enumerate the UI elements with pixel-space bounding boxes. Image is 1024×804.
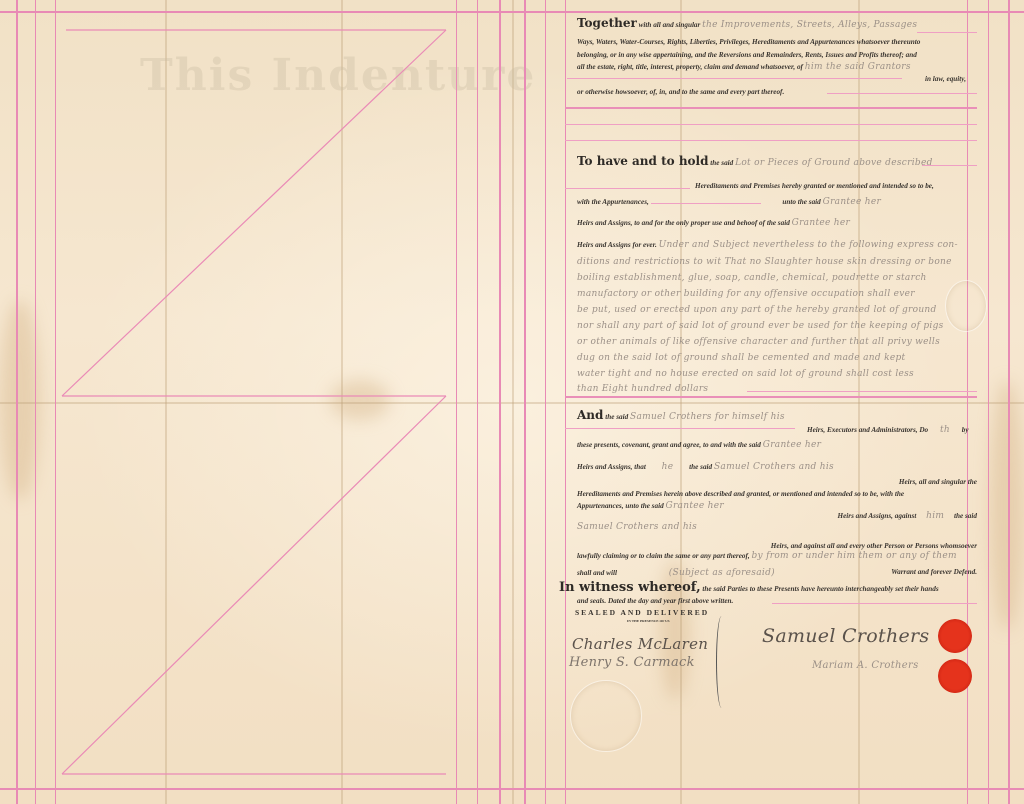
condition-line: water tight and no house erected on said…	[577, 369, 914, 379]
together-line-2: Ways, Waters, Water-Courses, Rights, Lib…	[577, 38, 920, 46]
grantor-signature: Samuel Crothers	[762, 625, 929, 647]
together-line-4: all the estate, right, title, interest, …	[577, 62, 911, 72]
fill-line	[747, 391, 977, 392]
habendum-line-3: with the Appurtenances, unto the said Gr…	[577, 197, 881, 207]
witness-line-2: and seals. Dated the day and year first …	[577, 597, 733, 605]
presence-of-us: IN THE PRESENCE OF US	[627, 619, 670, 623]
covenant-line-4: Heirs and Assigns, that he the said Samu…	[577, 462, 834, 472]
deed-sheet: This Indenture Together with all and sin…	[0, 0, 1024, 804]
together-line-3: belonging, or in any wise appertaining, …	[577, 51, 917, 59]
condition-line: dug on the said lot of ground shall be c…	[577, 353, 905, 363]
covenant-line-5: Heirs, all and singular the	[577, 478, 977, 486]
habendum-line-1: To have and to hold the said Lot or Piec…	[577, 154, 933, 168]
fill-line	[772, 603, 977, 604]
witness-line-1: In witness whereof, the said Parties to …	[559, 580, 939, 595]
witness-signature: Charles McLaren	[572, 635, 708, 653]
fill-line	[567, 78, 902, 79]
signature-bracket	[716, 616, 727, 708]
habendum-line-5: Heirs and Assigns for ever. Under and Su…	[577, 240, 958, 250]
covenant-line-3: these presents, covenant, grant and agre…	[577, 440, 821, 450]
fill-line	[917, 32, 977, 33]
wax-seal	[938, 619, 972, 653]
covenant-line-1: And the said Samuel Crothers for himself…	[577, 408, 785, 422]
covenant-line-8: Heirs and Assigns, against him the said	[577, 511, 977, 521]
covenant-line-12: shall and will (Subject as aforesaid) Wa…	[577, 568, 977, 578]
together-line-6: or otherwise howsoever, of, in, and to t…	[577, 88, 784, 96]
section-rule	[565, 107, 977, 109]
condition-line: nor shall any part of said lot of ground…	[577, 321, 944, 331]
condition-line: be put, used or erected upon any part of…	[577, 305, 937, 315]
condition-line: than Eight hundred dollars	[577, 384, 708, 394]
condition-line: manufactory or other building for any of…	[577, 289, 915, 299]
section-rule	[565, 396, 977, 398]
grantor-signature: Mariam A. Crothers	[812, 660, 919, 671]
covenant-line-9: Samuel Crothers and his	[577, 522, 697, 532]
condition-line: or other animals of like offensive chara…	[577, 337, 940, 347]
covenant-line-2: Heirs, Executors and Administrators, Do …	[807, 425, 969, 435]
embossed-seal	[945, 280, 987, 332]
sealed-and-delivered: SEALED AND DELIVERED	[575, 608, 709, 617]
condition-line: ditions and restrictions to wit That no …	[577, 257, 952, 267]
together-line-5: in law, equity,	[925, 75, 966, 83]
habendum-line-4: Heirs and Assigns, to and for the only p…	[577, 218, 850, 228]
fill-line	[922, 165, 977, 166]
fill-line	[827, 93, 977, 94]
covenant-line-10: Heirs, and against all and every other P…	[577, 542, 977, 550]
habendum-line-2: Hereditaments and Premises hereby grante…	[695, 182, 934, 190]
wax-seal	[938, 659, 972, 693]
fill-line	[565, 428, 795, 429]
covenant-line-6: Hereditaments and Premises herein above …	[577, 490, 904, 498]
condition-line: boiling establishment, glue, soap, candl…	[577, 273, 927, 283]
covenant-line-11: lawfully claiming or to claim the same o…	[577, 551, 957, 561]
fill-line	[565, 188, 690, 189]
witness-signature: Henry S. Carmack	[569, 655, 695, 670]
covenant-line-7: Appurtenances, unto the said Grantee her	[577, 501, 724, 511]
fill-line	[565, 140, 977, 141]
embossed-notary-seal	[570, 680, 642, 752]
fill-line	[565, 124, 977, 125]
cancellation-lines	[0, 0, 1024, 804]
together-line-1: Together with all and singular the Impro…	[577, 16, 917, 30]
